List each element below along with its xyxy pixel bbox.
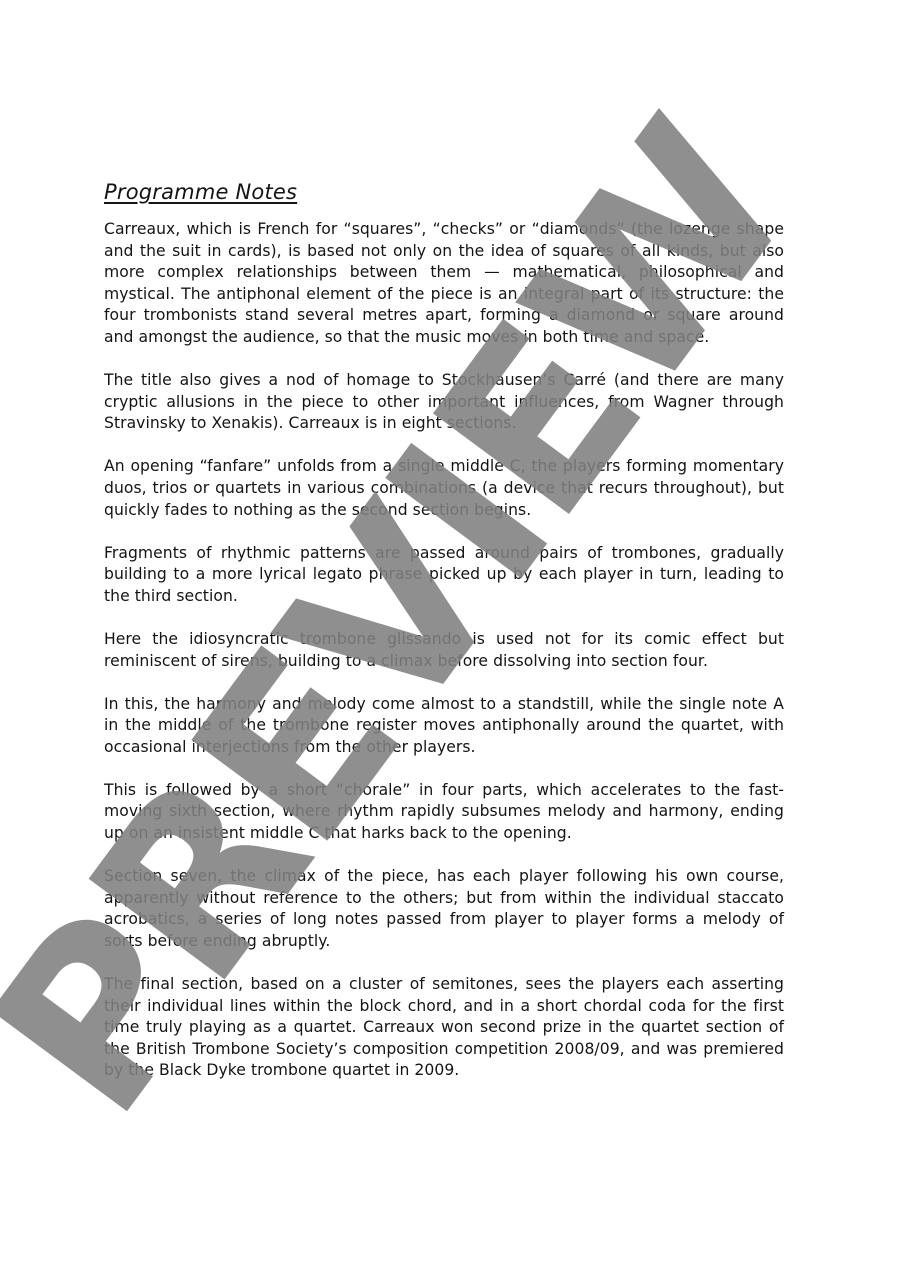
- paragraph: Section seven, the climax of the piece, …: [104, 866, 784, 952]
- paragraph: In this, the harmony and melody come alm…: [104, 694, 784, 759]
- paragraph: This is followed by a short “chorale” in…: [104, 780, 784, 845]
- programme-notes-body: Carreaux, which is French for “squares”,…: [104, 219, 784, 1104]
- paragraph: Carreaux, which is French for “squares”,…: [104, 219, 784, 349]
- paragraph: Here the idiosyncratic trombone glissand…: [104, 629, 784, 672]
- page-title: Programme Notes: [104, 180, 297, 204]
- paragraph: Fragments of rhythmic patterns are passe…: [104, 543, 784, 608]
- document-page: Programme Notes Carreaux, which is Frenc…: [0, 0, 900, 1272]
- paragraph: The final section, based on a cluster of…: [104, 974, 784, 1082]
- paragraph: An opening “fanfare” unfolds from a sing…: [104, 456, 784, 521]
- paragraph: The title also gives a nod of homage to …: [104, 370, 784, 435]
